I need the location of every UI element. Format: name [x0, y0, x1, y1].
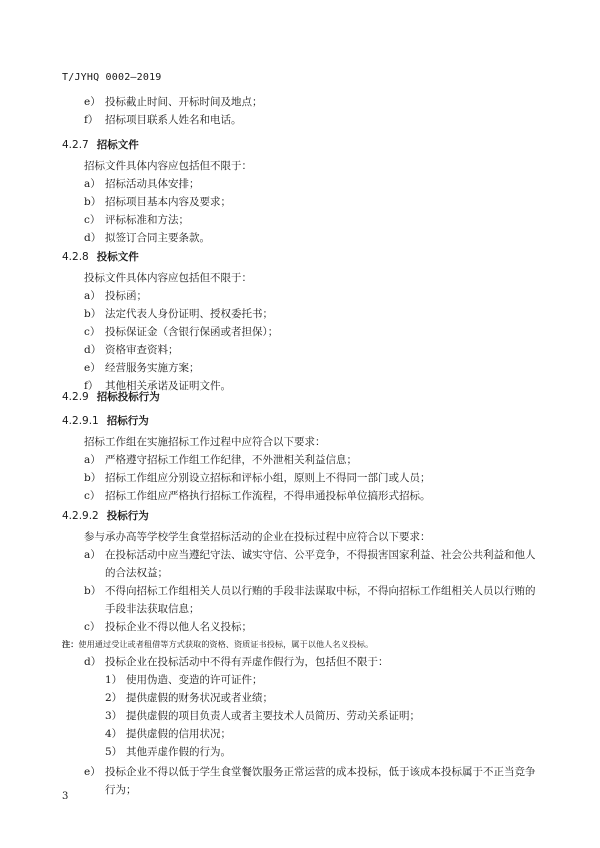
list-item: d）拟签订合同主要条款。 [84, 232, 210, 245]
list-label: e） [84, 766, 105, 779]
section-title: 投标文件 [97, 251, 139, 263]
list-text: 严格遵守招标工作组工作纪律，不外泄相关利益信息； [105, 454, 357, 466]
list-text: 资格审查资料； [105, 344, 179, 356]
section-heading-4-2-9-1: 4.2.9.1招标行为 [62, 413, 149, 428]
list-item: e）投标截止时间、开标时间及地点； [84, 96, 263, 109]
list-item: f）招标项目联系人姓名和电话。 [84, 114, 242, 127]
section-title: 招标文件 [97, 139, 139, 151]
list-item: a）投标函； [84, 290, 147, 303]
paragraph: 招标工作组在实施招标工作过程中应符合以下要求： [84, 436, 326, 449]
list-label: a） [84, 549, 105, 562]
list-label: c） [84, 214, 105, 227]
list-label: d） [84, 656, 105, 669]
list-text: 投标函； [105, 290, 147, 302]
list-text-continuation: 行为； [105, 784, 137, 797]
list-label: b） [84, 472, 105, 485]
list-text: 不得向招标工作组相关人员以行贿的手段非法谋取中标，不得向招标工作组相关人员以行贿… [105, 585, 536, 597]
note-text: 使用通过受让或者租借等方式获取的资格、资质证书投标，属于以他人名义投标。 [78, 639, 373, 649]
list-text: 招标工作组应严格执行招标工作流程，不得串通投标单位搞形式招标。 [105, 490, 431, 502]
list-text: 提供虚假的信用状况； [126, 728, 231, 740]
list-item: b）不得向招标工作组相关人员以行贿的手段非法谋取中标，不得向招标工作组相关人员以… [84, 585, 536, 598]
list-text: 提供虚假的项目负责人或者主要技术人员简历、劳动关系证明； [126, 710, 420, 722]
list-label: a） [84, 178, 105, 191]
list-text: 招标工作组应分别设立招标和评标小组，原则上不得同一部门或人员； [105, 472, 431, 484]
list-item: b）法定代表人身份证明、授权委托书； [84, 308, 273, 321]
list-item: c）投标企业不得以他人名义投标； [84, 621, 252, 634]
note: 注：使用通过受让或者租借等方式获取的资格、资质证书投标，属于以他人名义投标。 [62, 639, 373, 650]
list-item: e）投标企业不得以低于学生食堂餐饮服务正常运营的成本投标，低于该成本投标属于不正… [84, 766, 536, 779]
list-text: 投标企业在投标活动中不得有弄虚作假行为，包括但不限于： [105, 656, 389, 668]
list-text: 提供虚假的财务状况或者业绩； [126, 692, 273, 704]
list-text: 投标企业不得以低于学生食堂餐饮服务正常运营的成本投标，低于该成本投标属于不正当竞… [105, 766, 536, 778]
list-label: a） [84, 454, 105, 467]
list-label: 3） [105, 710, 126, 723]
list-text: 投标截止时间、开标时间及地点； [105, 96, 263, 108]
list-text: 经营服务实施方案； [105, 362, 200, 374]
list-item: d）资格审查资料； [84, 344, 179, 357]
list-text: 招标活动具体安排； [105, 178, 200, 190]
list-label: e） [84, 96, 105, 109]
list-text: 评标标准和方法； [105, 214, 189, 226]
list-label: d） [84, 344, 105, 357]
section-title: 招标行为 [107, 415, 149, 427]
sub-list-item: 3）提供虚假的项目负责人或者主要技术人员简历、劳动关系证明； [105, 710, 420, 723]
section-title: 招标投标行为 [97, 391, 160, 403]
list-label: d） [84, 232, 105, 245]
sub-list-item: 5）其他弄虚作假的行为。 [105, 746, 231, 759]
page-number: 3 [62, 791, 68, 802]
note-label: 注： [62, 639, 78, 649]
section-number: 4.2.7 [62, 139, 89, 151]
list-item: e）经营服务实施方案； [84, 362, 200, 375]
paragraph: 参与承办高等学校学生食堂招标活动的企业在投标过程中应符合以下要求： [84, 531, 431, 544]
list-text: 在投标活动中应当遵纪守法、诚实守信、公平竞争，不得损害国家利益、社会公共利益和他… [105, 549, 536, 561]
list-item: a）在投标活动中应当遵纪守法、诚实守信、公平竞争，不得损害国家利益、社会公共利益… [84, 549, 536, 562]
list-item: a）招标活动具体安排； [84, 178, 200, 191]
list-label: 4） [105, 728, 126, 741]
list-item: c）评标标准和方法； [84, 214, 189, 227]
list-text-continuation: 手段非法获取信息； [105, 603, 200, 616]
list-label: e） [84, 362, 105, 375]
list-text: 法定代表人身份证明、授权委托书； [105, 308, 273, 320]
list-label: b） [84, 585, 105, 598]
list-item: c）招标工作组应严格执行招标工作流程，不得串通投标单位搞形式招标。 [84, 490, 431, 503]
section-heading-4-2-8: 4.2.8投标文件 [62, 249, 139, 264]
sub-list-item: 2）提供虚假的财务状况或者业绩； [105, 692, 273, 705]
list-label: c） [84, 621, 105, 634]
sub-list-item: 4）提供虚假的信用状况； [105, 728, 231, 741]
list-label: 2） [105, 692, 126, 705]
section-title: 投标行为 [107, 510, 149, 522]
list-text: 拟签订合同主要条款。 [105, 232, 210, 244]
list-text: 其他弄虚作假的行为。 [126, 746, 231, 758]
list-label: 1） [105, 674, 126, 687]
list-label: 5） [105, 746, 126, 759]
list-text: 投标企业不得以他人名义投标； [105, 621, 252, 633]
paragraph: 招标文件具体内容应包括但不限于： [84, 160, 252, 173]
standard-code-header: T/JYHQ 0002—2019 [62, 72, 162, 83]
list-label: b） [84, 196, 105, 209]
section-number: 4.2.9 [62, 391, 89, 403]
section-number: 4.2.9.1 [62, 415, 99, 427]
list-text: 招标项目基本内容及要求； [105, 196, 231, 208]
list-item: b）招标项目基本内容及要求； [84, 196, 231, 209]
section-heading-4-2-9-2: 4.2.9.2投标行为 [62, 508, 149, 523]
list-text: 使用伪造、变造的许可证件； [126, 674, 263, 686]
section-heading-4-2-7: 4.2.7招标文件 [62, 137, 139, 152]
list-item: b）招标工作组应分别设立招标和评标小组，原则上不得同一部门或人员； [84, 472, 431, 485]
list-text: 招标项目联系人姓名和电话。 [105, 114, 242, 126]
list-label: a） [84, 290, 105, 303]
list-label: f） [84, 114, 105, 127]
list-label: c） [84, 490, 105, 503]
list-text-continuation: 的合法权益； [105, 567, 168, 580]
paragraph: 投标文件具体内容应包括但不限于： [84, 272, 252, 285]
list-item: d）投标企业在投标活动中不得有弄虚作假行为，包括但不限于： [84, 656, 389, 669]
list-label: b） [84, 308, 105, 321]
list-item: c）投标保证金（含银行保函或者担保）； [84, 326, 278, 339]
document-page: T/JYHQ 0002—2019 e）投标截止时间、开标时间及地点； f）招标项… [0, 0, 600, 848]
section-heading-4-2-9: 4.2.9招标投标行为 [62, 389, 160, 404]
section-number: 4.2.9.2 [62, 510, 99, 522]
list-item: a）严格遵守招标工作组工作纪律，不外泄相关利益信息； [84, 454, 357, 467]
sub-list-item: 1）使用伪造、变造的许可证件； [105, 674, 263, 687]
list-label: c） [84, 326, 105, 339]
list-text: 投标保证金（含银行保函或者担保）； [105, 326, 278, 338]
section-number: 4.2.8 [62, 251, 89, 263]
